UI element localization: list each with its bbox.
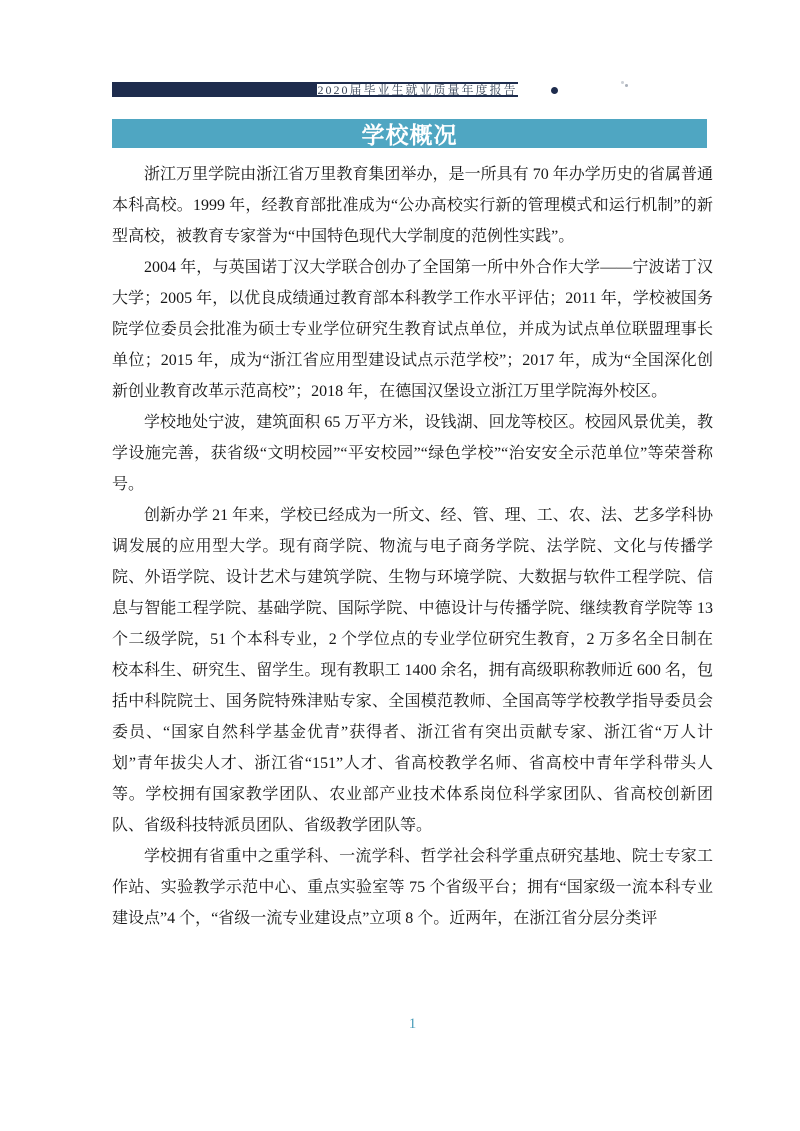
- header-report-title: 2020届毕业生就业质量年度报告: [317, 84, 517, 96]
- paragraph-milestones: 2004 年，与英国诺丁汉大学联合创办了全国第一所中外合作大学——宁波诺丁汉大学…: [112, 252, 713, 407]
- dot-decoration-icon: [551, 87, 558, 94]
- page-number: 1: [112, 1016, 713, 1033]
- document-page: 2020届毕业生就业质量年度报告 学校概况 浙江万里学院由浙江省万里教育集团举办…: [0, 0, 800, 1131]
- document-body: 浙江万里学院由浙江省万里教育集团举办，是一所具有 70 年办学历史的省属普通本科…: [112, 159, 713, 934]
- header-rule-bar: [112, 82, 317, 97]
- section-title: 学校概况: [362, 117, 458, 150]
- paragraph-campus: 学校地处宁波，建筑面积 65 万平方米，设钱湖、回龙等校区。校园风景优美，教学设…: [112, 407, 713, 500]
- header-title-box: 2020届毕业生就业质量年度报告: [317, 82, 518, 97]
- section-title-banner: 学校概况: [112, 119, 707, 148]
- paragraph-school-intro: 浙江万里学院由浙江省万里教育集团举办，是一所具有 70 年办学历史的省属普通本科…: [112, 159, 713, 252]
- paragraph-platforms: 学校拥有省重中之重学科、一流学科、哲学社会科学重点研究基地、院士专家工作站、实验…: [112, 841, 713, 934]
- paragraph-colleges-faculty: 创新办学 21 年来，学校已经成为一所文、经、管、理、工、农、法、艺多学科协调发…: [112, 500, 713, 841]
- speck-decoration-icon: [625, 84, 628, 87]
